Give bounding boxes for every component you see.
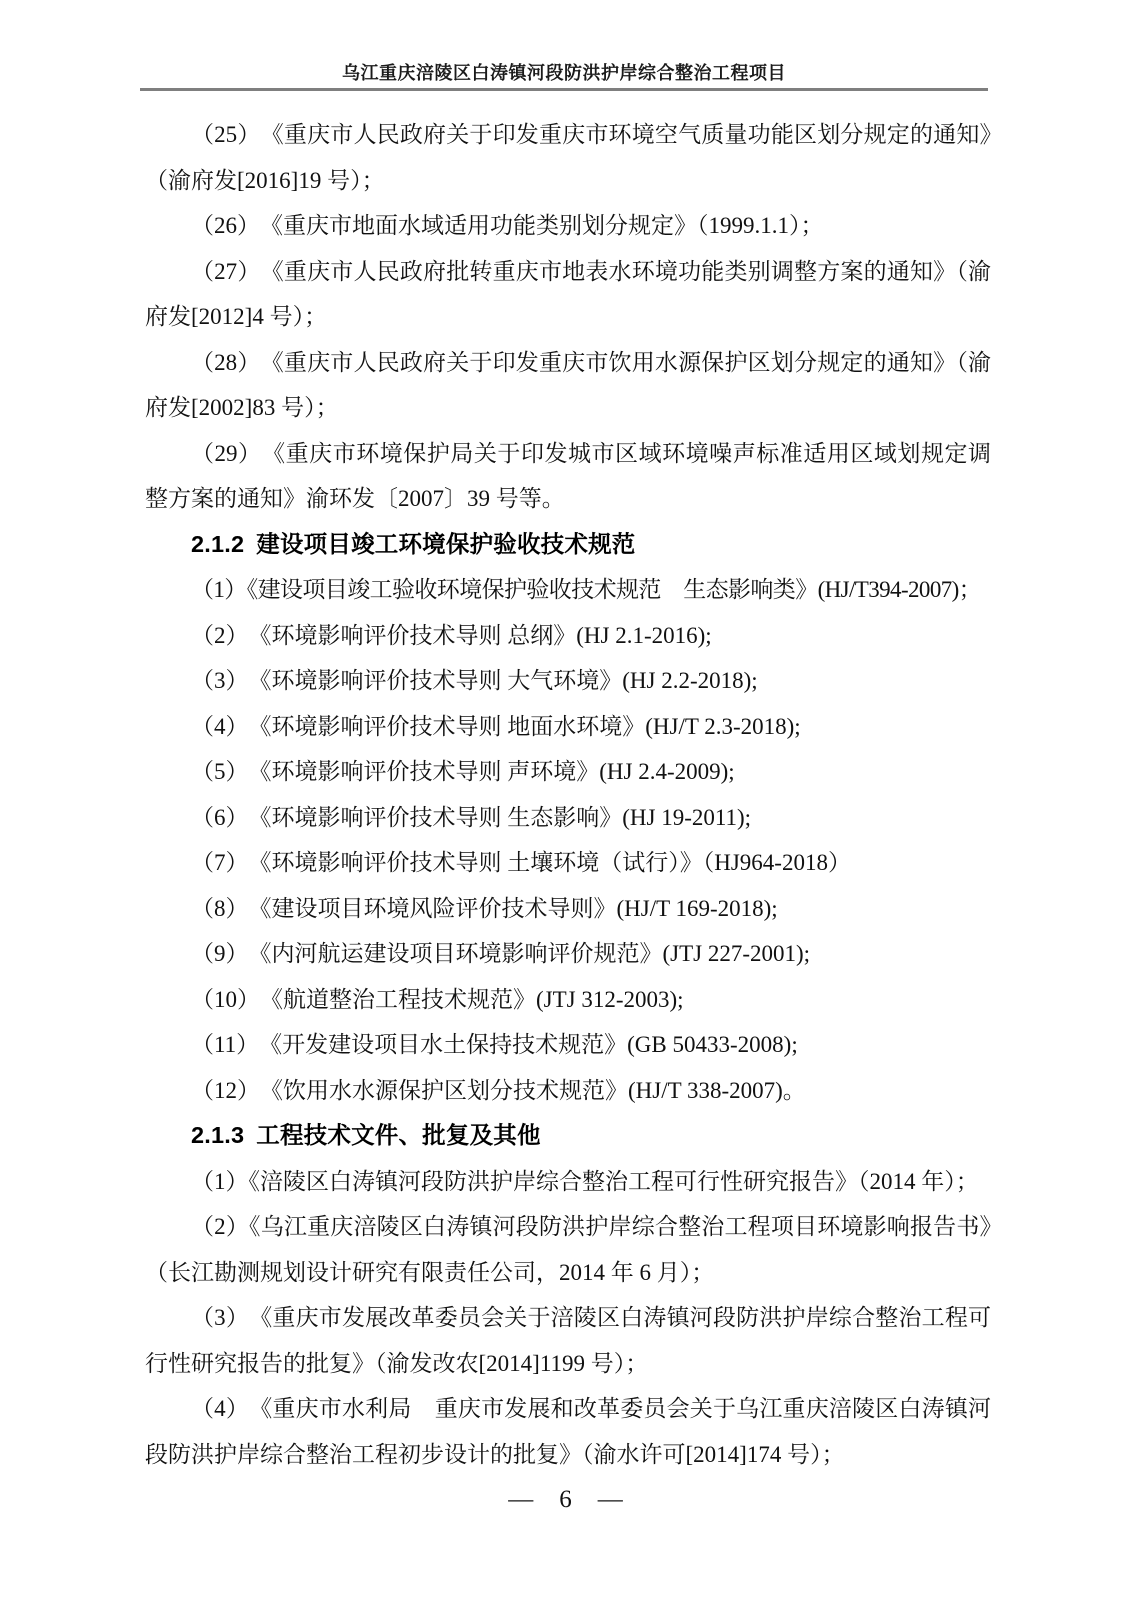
header-rule	[140, 88, 988, 91]
section-number: 2.1.2	[191, 531, 244, 557]
footer-right-dash: —	[598, 1486, 623, 1513]
list-item: （6） 《环境影响评价技术导则 生态影响》(HJ 19-2011);	[145, 795, 991, 841]
list-item: （10） 《航道整治工程技术规范》(JTJ 312-2003);	[145, 977, 991, 1023]
list-item: （28） 《重庆市人民政府关于印发重庆市饮用水源保护区划分规定的通知》（渝府发[…	[145, 340, 991, 431]
list-item: （11） 《开发建设项目水土保持技术规范》(GB 50433-2008);	[145, 1022, 991, 1068]
list-item: （2） 《环境影响评价技术导则 总纲》(HJ 2.1-2016);	[145, 613, 991, 659]
document-page: 乌江重庆涪陵区白涛镇河段防洪护岸综合整治工程项目 （25） 《重庆市人民政府关于…	[0, 0, 1131, 1600]
list-item: （27） 《重庆市人民政府批转重庆市地表水环境功能类别调整方案的通知》（渝府发[…	[145, 249, 991, 340]
section-title: 工程技术文件、批复及其他	[256, 1122, 540, 1148]
header-title: 乌江重庆涪陵区白涛镇河段防洪护岸综合整治工程项目	[140, 60, 988, 86]
list-item: （26） 《重庆市地面水域适用功能类别划分规定》（1999.1.1）；	[145, 203, 991, 249]
list-item: （5） 《环境影响评价技术导则 声环境》(HJ 2.4-2009);	[145, 749, 991, 795]
list-item: （29） 《重庆市环境保护局关于印发城市区域环境噪声标准适用区域划规定调整方案的…	[145, 431, 991, 522]
list-item: （2）《乌江重庆涪陵区白涛镇河段防洪护岸综合整治工程项目环境影响报告书》（长江勘…	[145, 1204, 991, 1295]
section-number: 2.1.3	[191, 1122, 244, 1148]
list-item: （12） 《饮用水水源保护区划分技术规范》(HJ/T 338-2007)。	[145, 1068, 991, 1114]
list-item: （25） 《重庆市人民政府关于印发重庆市环境空气质量功能区划分规定的通知》（渝府…	[145, 112, 991, 203]
list-item: （1）《建设项目竣工验收环境保护验收技术规范 生态影响类》(HJ/T394-20…	[145, 567, 991, 613]
list-item: （4） 《重庆市水利局 重庆市发展和改革委员会关于乌江重庆涪陵区白涛镇河段防洪护…	[145, 1386, 991, 1477]
page-number: 6	[559, 1486, 572, 1513]
list-item: （3） 《环境影响评价技术导则 大气环境》(HJ 2.2-2018);	[145, 658, 991, 704]
list-item: （4） 《环境影响评价技术导则 地面水环境》(HJ/T 2.3-2018);	[145, 704, 991, 750]
page-header: 乌江重庆涪陵区白涛镇河段防洪护岸综合整治工程项目	[140, 60, 988, 86]
list-item: （1）《涪陵区白涛镇河段防洪护岸综合整治工程可行性研究报告》（2014 年）；	[145, 1159, 991, 1205]
section-heading-2-1-2: 2.1.2建设项目竣工环境保护验收技术规范	[145, 522, 991, 568]
list-item: （3） 《重庆市发展改革委员会关于涪陵区白涛镇河段防洪护岸综合整治工程可行性研究…	[145, 1295, 991, 1386]
document-body: （25） 《重庆市人民政府关于印发重庆市环境空气质量功能区划分规定的通知》（渝府…	[145, 112, 991, 1477]
list-item: （7） 《环境影响评价技术导则 土壤环境（试行）》（HJ964-2018）	[145, 840, 991, 886]
section-title: 建设项目竣工环境保护验收技术规范	[256, 531, 635, 557]
list-item: （8） 《建设项目环境风险评价技术导则》(HJ/T 169-2018);	[145, 886, 991, 932]
section-heading-2-1-3: 2.1.3工程技术文件、批复及其他	[145, 1113, 991, 1159]
footer-left-dash: —	[508, 1486, 533, 1513]
page-footer: —6—	[0, 1484, 1131, 1516]
list-item: （9） 《内河航运建设项目环境影响评价规范》(JTJ 227-2001);	[145, 931, 991, 977]
